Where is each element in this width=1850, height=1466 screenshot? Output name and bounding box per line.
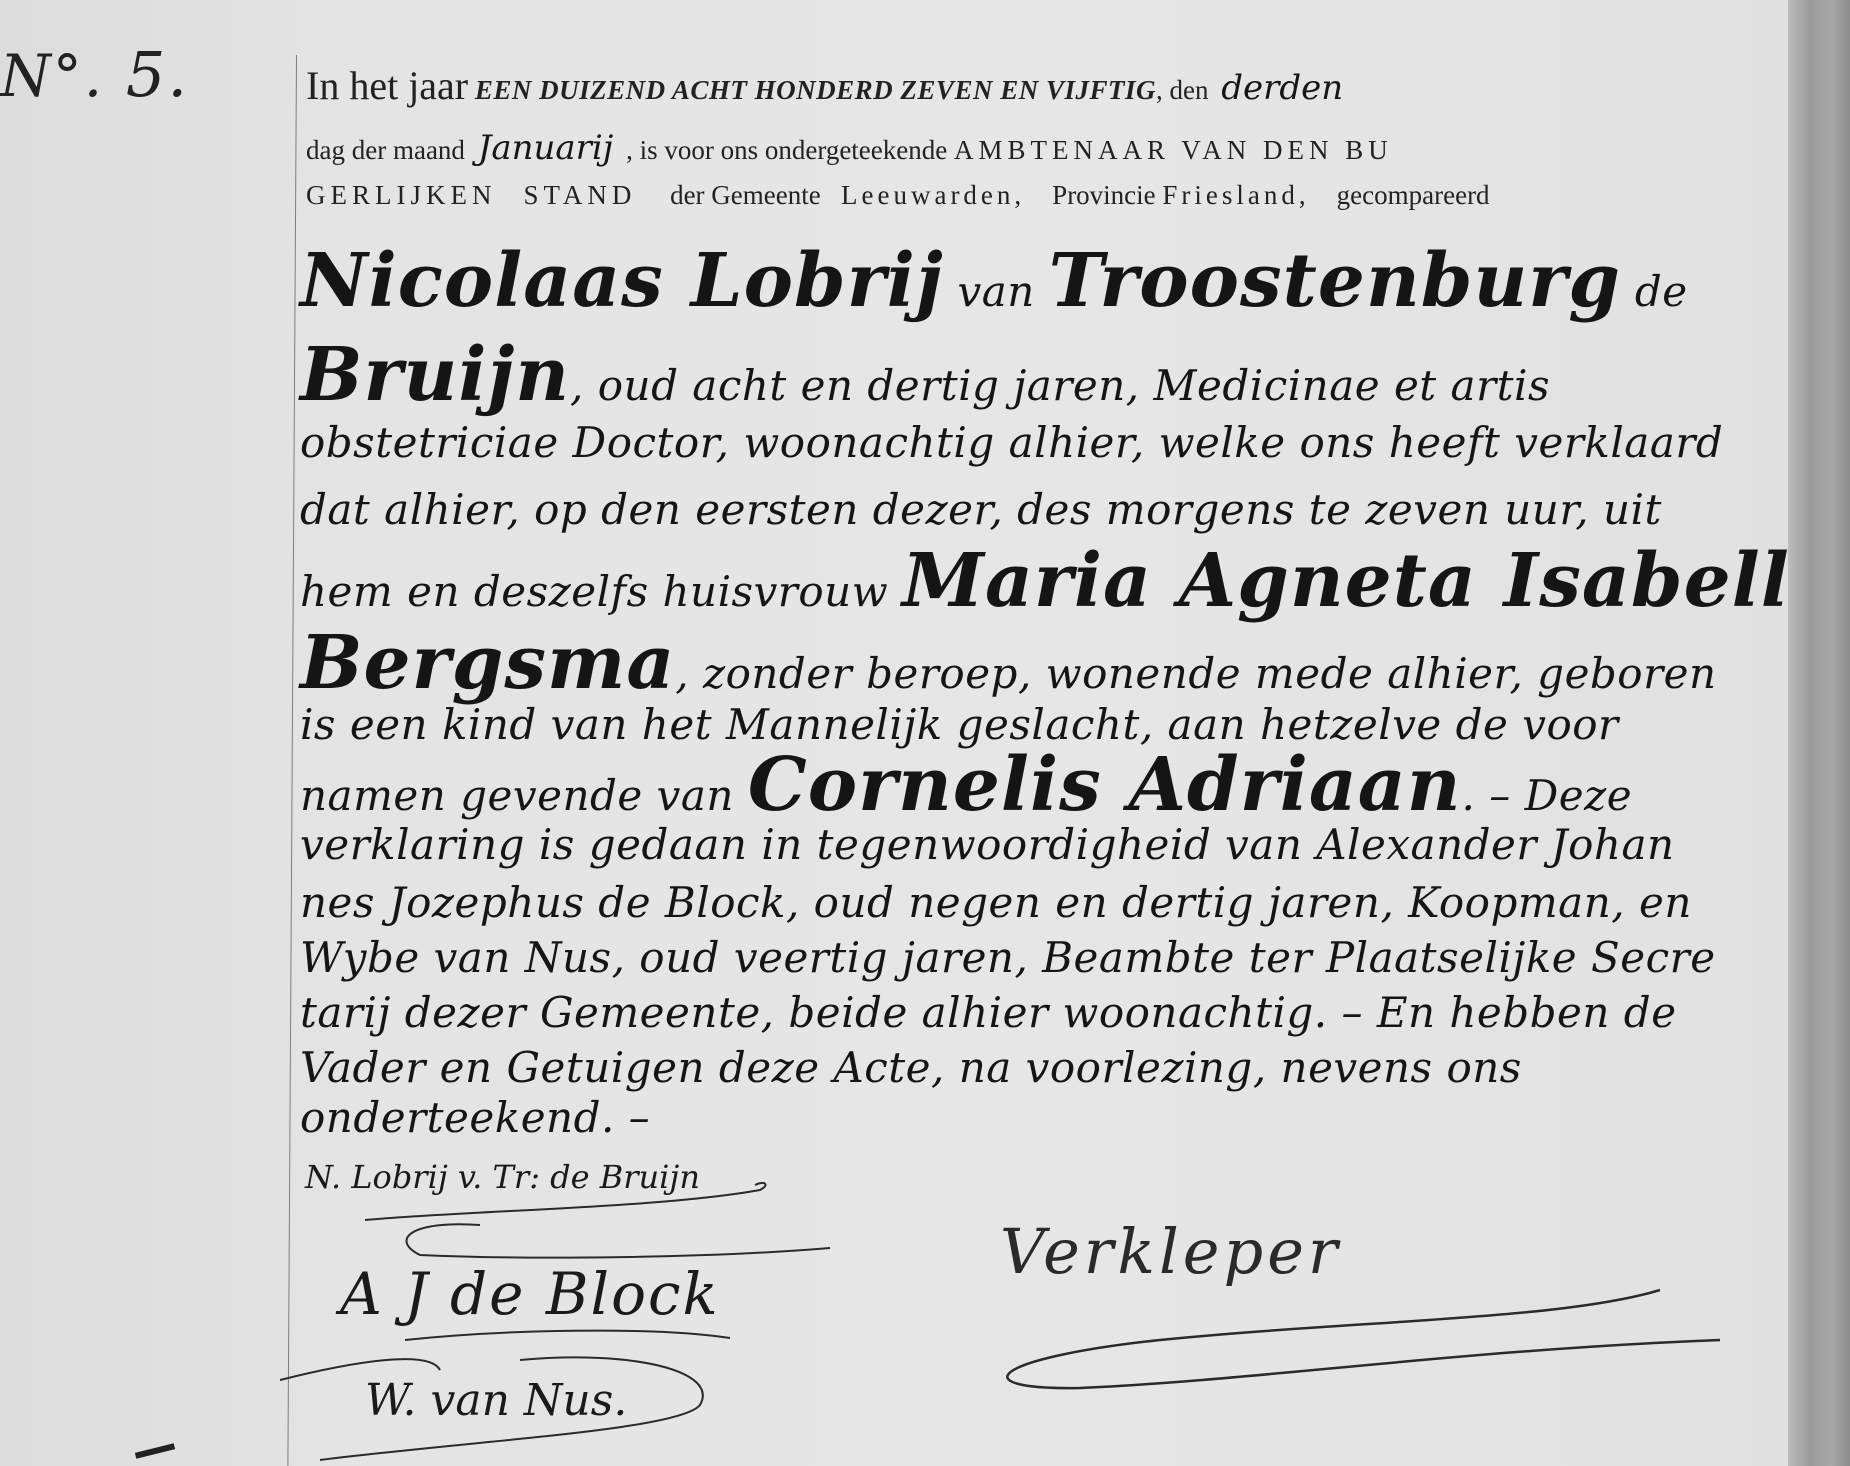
handwritten-line-13: Vader en Getuigen deze Acte, na voorlezi… [300,1043,1522,1092]
drop-cap-text: In het jaar [306,63,468,108]
year-in-words: EEN DUIZEND ACHT HONDERD ZEVEN EN VIJFTI… [475,75,1156,105]
printed-caps: GERLIJKEN [306,180,496,210]
handwritten-line-3: obstetriciae Doctor, woonachtig alhier, … [300,418,1723,467]
printed-text: , is voor ons ondergeteekende [626,135,947,165]
handwritten-line-2: Bruijn, oud acht en dertig jaren, Medici… [300,332,1550,418]
signature-witness-2: W. van Nus. [365,1375,627,1426]
handwritten-line-8: namen gevende van Cornelis Adriaan. – De… [300,742,1632,828]
printed-text: gecompareerd [1337,180,1490,210]
signature-father: N. Lobrij v. Tr: de Bruijn [305,1158,700,1196]
margin-ink-mark [135,1443,175,1458]
handwritten-line-9: verklaring is gedaan in tegenwoordigheid… [300,820,1675,869]
handwritten-line-1: Nicolaas Lobrij van Troostenburg de [300,238,1688,324]
printed-line-1: In het jaar EEN DUIZEND ACHT HONDERD ZEV… [306,62,1349,109]
municipality: Leeuwarden, [841,180,1025,210]
handwritten-line-5: hem en deszelfs huisvrouw Maria Agneta I… [300,538,1839,624]
handwritten-line-4: dat alhier, op den eersten dezer, des mo… [300,485,1662,534]
province: Friesland, [1162,180,1309,210]
handwritten-day: derden [1221,68,1343,108]
handwritten-line-10: nes Jozephus de Block, oud negen en dert… [300,878,1692,927]
printed-caps: STAND [523,180,636,210]
handwritten-line-14: onderteekend. – [300,1093,650,1142]
record-page: N°. 5. In het jaar EEN DUIZEND ACHT HOND… [0,0,1790,1466]
signature-witness-1: A J de Block [340,1260,720,1328]
printed-text: , den [1156,75,1208,105]
printed-text: Provincie [1052,180,1155,210]
book-binding-edge [1788,0,1850,1466]
printed-text: der Gemeente [670,180,821,210]
handwritten-month: Januarij [478,128,614,168]
printed-caps: AMBTENAAR VAN DEN BU [954,135,1393,165]
handwritten-line-12: tarij dezer Gemeente, beide alhier woona… [300,988,1677,1037]
signature-flourish-icon [960,1280,1760,1400]
printed-line-2: dag der maand Januarij , is voor ons ond… [306,128,1393,168]
handwritten-line-6: Bergsma, zonder beroep, wonende mede alh… [300,620,1717,706]
margin-rule [287,55,297,1466]
printed-text: dag der maand [306,135,465,165]
act-number-prefix: N°. [0,42,104,110]
printed-line-3: GERLIJKEN STAND der Gemeente Leeuwarden,… [306,180,1490,211]
act-number-value: 5. [126,38,189,111]
handwritten-line-11: Wybe van Nus, oud veertig jaren, Beambte… [300,933,1716,982]
signature-registrar: Verkleper [1000,1215,1342,1288]
act-number: N°. 5. [0,38,189,111]
